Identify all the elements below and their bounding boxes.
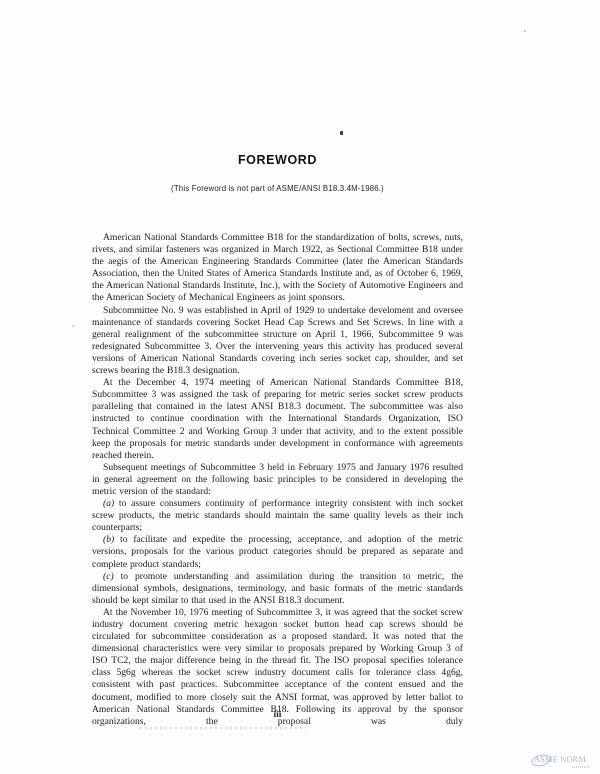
watermark-subline — [572, 766, 590, 768]
paragraph-1974-meeting: At the December 4, 1974 meeting of Ameri… — [92, 377, 463, 462]
watermark-brand: ASME NORM — [534, 755, 586, 764]
item-a-marker: (a) — [103, 498, 114, 509]
foreword-disclaimer: (This Foreword is not part of ASME/ANSI … — [92, 184, 463, 193]
item-a-text: to assure consumers continuity of perfor… — [92, 498, 463, 533]
list-item-b: (b) to facilitate and expedite the proce… — [92, 534, 463, 570]
page-number: iii — [92, 710, 463, 720]
scan-artifact-dot — [524, 30, 526, 32]
scan-artifact-dot — [340, 131, 343, 135]
scan-artifact-line — [140, 727, 306, 729]
paragraph-subcommittee-9: Subcommittee No. 9 was established in Ap… — [92, 305, 463, 378]
item-c-marker: (c) — [103, 571, 114, 582]
item-c-text: to promote understanding and assimilatio… — [92, 571, 463, 606]
page-title: FOREWORD — [92, 154, 463, 167]
document-page: FOREWORD (This Foreword is not part of A… — [0, 0, 600, 774]
scan-artifact-dot — [72, 325, 75, 327]
item-b-marker: (b) — [103, 534, 114, 545]
paragraph-committee-b18: American National Standards Committee B1… — [92, 232, 463, 305]
item-b-text: to facilitate and expedite the processin… — [92, 534, 463, 569]
asme-norm-watermark: ASME NORM — [534, 755, 598, 768]
foreword-section: FOREWORD (This Foreword is not part of A… — [92, 154, 463, 728]
paragraph-subsequent-meetings: Subsequent meetings of Subcommittee 3 he… — [92, 462, 463, 498]
watermark-text: ASME NORM — [534, 755, 598, 764]
list-item-a: (a) to assure consumers continuity of pe… — [92, 498, 463, 534]
foreword-body: American National Standards Committee B1… — [92, 232, 463, 728]
list-item-c: (c) to promote understanding and assimil… — [92, 571, 463, 607]
